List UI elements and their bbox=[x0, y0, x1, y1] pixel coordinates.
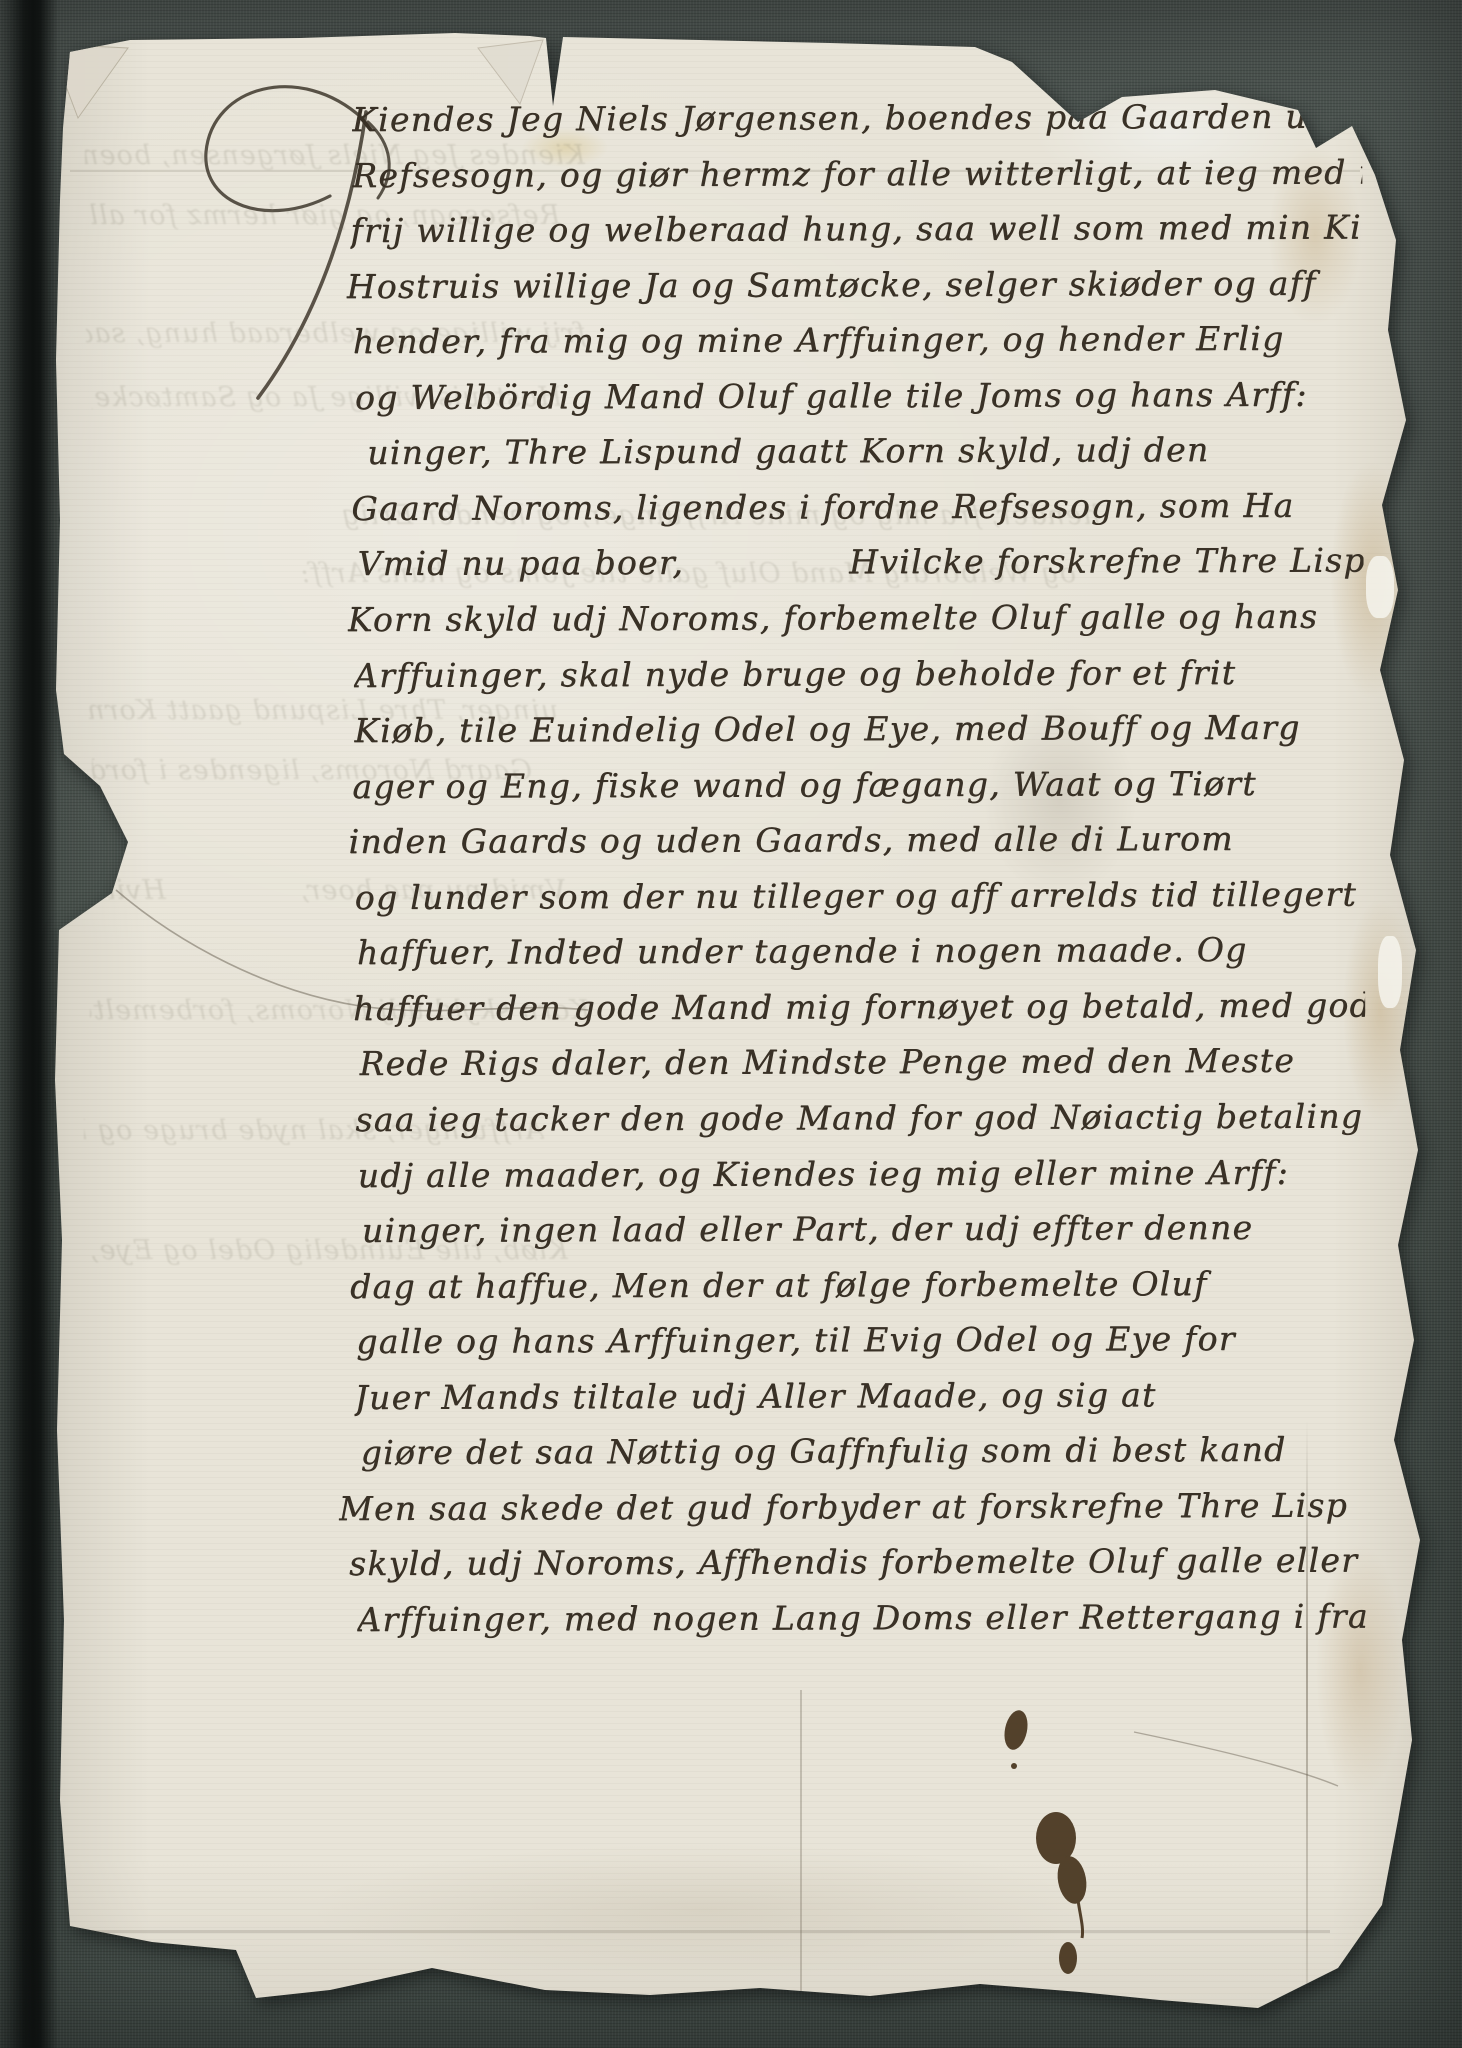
manuscript-line: uinger, Thre Lispund gaatt Korn skyld, u… bbox=[367, 430, 1363, 481]
manuscript-line: ager og Eng, fiske wand og fægang, Waat … bbox=[352, 763, 1364, 815]
archive-scan: Kiendes Jeg Niels Jørgensen, boendes paa… bbox=[0, 0, 1462, 2048]
manuscript-line: Gaard Noroms, ligendes i fordne Refsesog… bbox=[351, 486, 1363, 538]
manuscript-line: Vmid nu paa boer, Hvilcke forskrefne Thr… bbox=[357, 540, 1363, 592]
manuscript-line: udj alle maader, og Kiendes ieg mig elle… bbox=[358, 1152, 1366, 1204]
manuscript-line: Korn skyld udj Noroms, forbemelte Oluf g… bbox=[348, 596, 1364, 648]
manuscript-line: frij willige og welberaad hung, saa well… bbox=[350, 208, 1362, 260]
manuscript-line: galle og hans Arffuinger, til Evig Odel … bbox=[356, 1318, 1366, 1370]
handwriting-layer: Kiendes Jeg Niels Jørgensen, boendes paa… bbox=[0, 0, 1462, 2048]
manuscript-line: haffuer, Indted under tagende i nogen ma… bbox=[357, 929, 1365, 981]
manuscript-line: haffuer den gode Mand mig fornøyet og be… bbox=[353, 985, 1365, 1037]
manuscript-line: Rede Rigs daler, den Mindste Penge med d… bbox=[359, 1040, 1365, 1092]
manuscript-line: skyld, udj Noroms, Affhendis forbemelte … bbox=[349, 1540, 1367, 1592]
manuscript-line: inden Gaards og uden Gaards, med alle di… bbox=[348, 818, 1364, 870]
manuscript-line: Arffuinger, med nogen Lang Doms eller Re… bbox=[357, 1596, 1367, 1648]
manuscript-line: giøre det saa Nøttig og Gaffnfulig som d… bbox=[361, 1429, 1367, 1481]
manuscript-line: Refsesogn, og giør hermz for alle witter… bbox=[352, 153, 1362, 205]
manuscript-line: uinger, ingen laad eller Part, der udj e… bbox=[362, 1207, 1366, 1259]
manuscript-line: dag at haffue, Men der at følge forbemel… bbox=[350, 1263, 1366, 1315]
manuscript-line: hender, fra mig og mine Arffuinger, og h… bbox=[353, 319, 1363, 371]
manuscript-line: og Welbördig Mand Oluf galle tile Joms o… bbox=[355, 375, 1363, 427]
manuscript-line: Kiøb, tile Euindelig Odel og Eye, med Bo… bbox=[354, 707, 1364, 759]
manuscript-line: og lunder som der nu tilleger og aff arr… bbox=[355, 874, 1365, 926]
manuscript-line: Men saa skede det gud forbyder at forskr… bbox=[339, 1485, 1367, 1537]
manuscript-line: Juer Mands tiltale udj Aller Maade, og s… bbox=[354, 1374, 1366, 1426]
manuscript-page: Kiendes Jeg Niels Jørgensen, boendes paa… bbox=[0, 0, 1462, 2048]
paper-shadow-wrap: Kiendes Jeg Niels Jørgensen, boendes paa… bbox=[0, 0, 1462, 2048]
manuscript-line: Arffuinger, skal nyde bruge og beholde f… bbox=[354, 652, 1364, 704]
manuscript-line: Kiendes Jeg Niels Jørgensen, boendes paa… bbox=[352, 97, 1362, 149]
manuscript-line: saa ieg tacker den gode Mand for god Nøi… bbox=[355, 1096, 1365, 1148]
manuscript-line: Hostruis willige Ja og Samtøcke, selger … bbox=[347, 264, 1363, 316]
